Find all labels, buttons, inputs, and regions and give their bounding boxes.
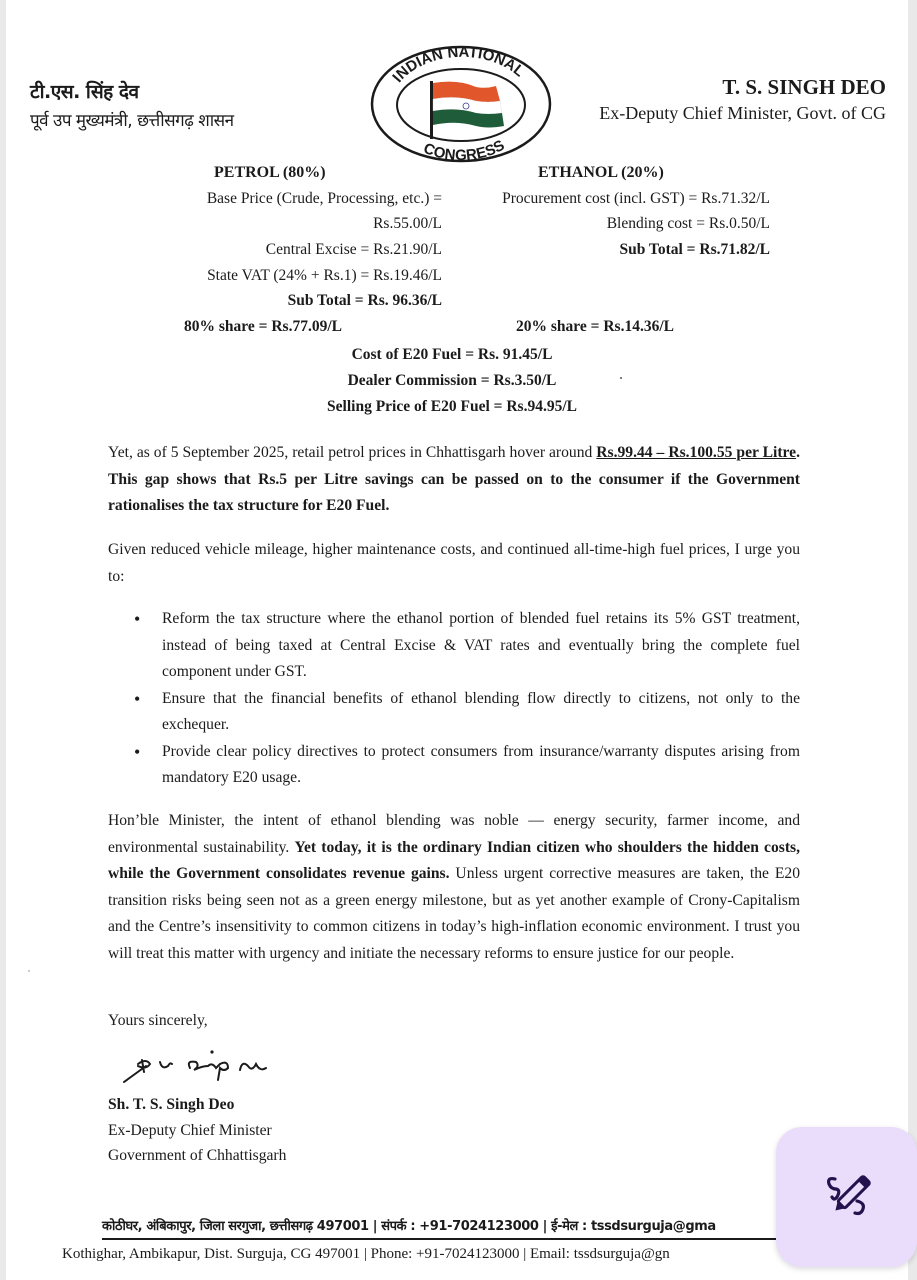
letter-page: टी.एस. सिंह देव पूर्व उप मुख्यमंत्री, छत… <box>6 0 908 1280</box>
paragraph-conclusion: Hon’ble Minister, the intent of ethanol … <box>108 808 800 967</box>
petrol-state-vat: State VAT (24% + Rs.1) = Rs.19.46/L <box>207 267 442 285</box>
ethanol-share: 20% share = Rs.14.36/L <box>516 318 674 336</box>
selling-price: Selling Price of E20 Fuel = Rs.94.95/L <box>6 398 908 416</box>
petrol-heading: PETROL (80%) <box>214 164 326 182</box>
cost-of-e20: Cost of E20 Fuel = Rs. 91.45/L <box>6 346 908 364</box>
petrol-sub-total: Sub Total = Rs. 96.36/L <box>288 292 442 310</box>
draw-annotate-button[interactable] <box>776 1127 917 1267</box>
petrol-base-price-label: Base Price (Crude, Processing, etc.) = <box>207 190 442 208</box>
demands-list: Reform the tax structure where the ethan… <box>134 606 800 792</box>
footer-hindi-address: कोठीघर, अंबिकापुर, जिला सरगुजा, छत्तीसगढ… <box>102 1216 716 1234</box>
para1-price-range: Rs.99.44 – Rs.100.55 per Litre <box>596 444 796 461</box>
petrol-central-excise: Central Excise = Rs.21.90/L <box>266 241 442 259</box>
hindi-title: पूर्व उप मुख्यमंत्री, छत्तीसगढ़ शासन <box>30 108 234 131</box>
congress-logo: INDIAN NATIONAL CONGRESS <box>368 43 554 165</box>
list-item: Ensure that the financial benefits of et… <box>134 686 800 739</box>
ethanol-blending: Blending cost = Rs.0.50/L <box>607 215 770 233</box>
petrol-base-price-value: Rs.55.00/L <box>373 215 442 233</box>
dealer-commission: Dealer Commission = Rs.3.50/L <box>6 372 908 390</box>
list-item: Provide clear policy directives to prote… <box>134 739 800 792</box>
signature-icon <box>116 1044 296 1091</box>
petrol-share: 80% share = Rs.77.09/L <box>184 318 342 336</box>
ethanol-sub-total: Sub Total = Rs.71.82/L <box>619 241 770 259</box>
flag-icon <box>430 81 504 139</box>
signatory-designation: Ex-Deputy Chief Minister <box>108 1118 272 1143</box>
footer-english-address: Kothighar, Ambikapur, Dist. Surguja, CG … <box>62 1246 670 1263</box>
footer-divider <box>102 1238 782 1240</box>
hindi-name: टी.एस. सिंह देव <box>30 78 139 104</box>
para1-text: Yet, as of 5 September 2025, retail petr… <box>108 444 596 461</box>
draw-pencil-icon <box>821 1171 873 1223</box>
ethanol-heading: ETHANOL (20%) <box>538 164 664 182</box>
ethanol-procurement: Procurement cost (incl. GST) = Rs.71.32/… <box>502 190 770 208</box>
salutation: Yours sincerely, <box>108 1008 208 1033</box>
paragraph-urge: Given reduced vehicle mileage, higher ma… <box>108 537 800 590</box>
list-item: Reform the tax structure where the ethan… <box>134 606 800 686</box>
english-name: T. S. SINGH DEO <box>722 75 886 100</box>
paragraph-price-gap: Yet, as of 5 September 2025, retail petr… <box>108 440 800 520</box>
signatory-organisation: Government of Chhattisgarh <box>108 1143 286 1168</box>
english-title: Ex-Deputy Chief Minister, Govt. of CG <box>599 103 886 124</box>
signatory-name: Sh. T. S. Singh Deo <box>108 1092 234 1117</box>
